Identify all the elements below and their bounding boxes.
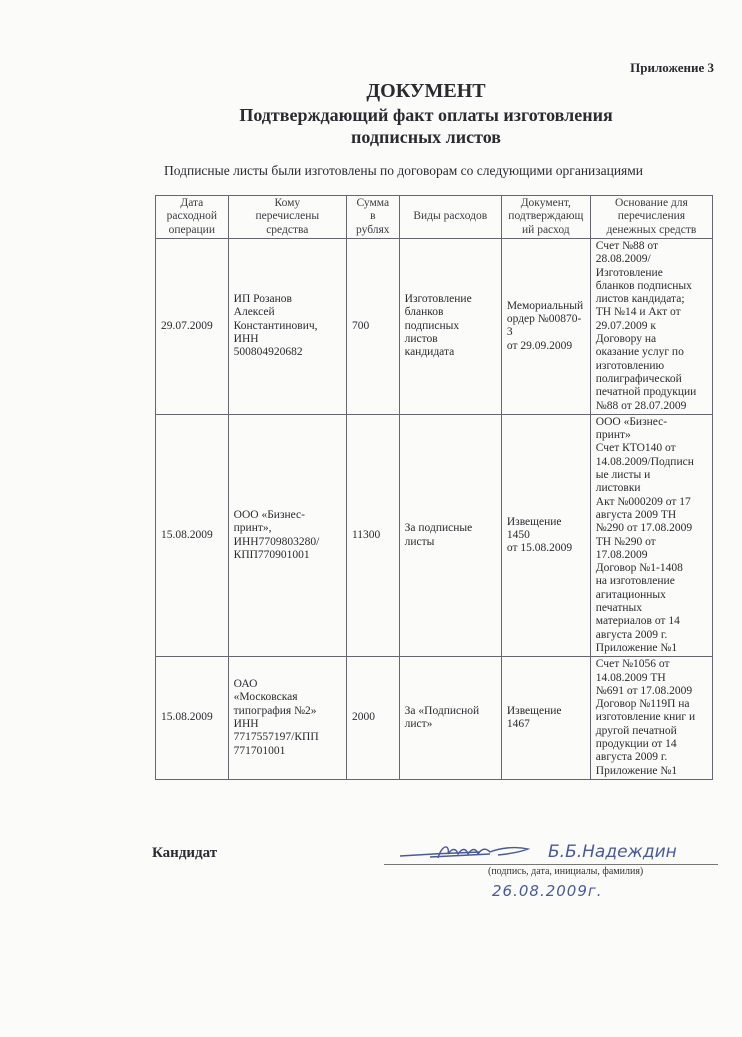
cell-basis: Счет №1056 от 14.08.2009 ТН №691 от 17.0… xyxy=(590,657,712,780)
cell-basis: ООО «Бизнес- принт» Счет КТО140 от 14.08… xyxy=(590,414,712,656)
cell-recipient: ОАО «Московская типография №2» ИНН 77175… xyxy=(228,657,346,780)
header-amount: Сумма в рублях xyxy=(346,196,399,239)
header-expense-type: Виды расходов xyxy=(399,196,501,239)
cell-expense-type: За «Подписной лист» xyxy=(399,657,501,780)
cell-recipient: ИП Розанов Алексей Константинович, ИНН 5… xyxy=(228,239,346,415)
subtitle-line-1: Подтверждающий факт оплаты изготовления xyxy=(110,104,742,126)
payments-table: Дата расходной операции Кому перечислены… xyxy=(155,195,713,780)
cell-amount: 11300 xyxy=(346,414,399,656)
cell-date: 15.08.2009 xyxy=(156,657,229,780)
document-subtitle: Подтверждающий факт оплаты изготовления … xyxy=(0,104,742,148)
candidate-label: Кандидат xyxy=(152,845,217,862)
intro-text: Подписные листы были изготовлены по дого… xyxy=(164,163,643,179)
cell-date: 29.07.2009 xyxy=(156,239,229,415)
table-row: 29.07.2009 ИП Розанов Алексей Константин… xyxy=(156,239,713,415)
signature-line xyxy=(384,864,718,865)
cell-document: Мемориальный ордер №00870-3 от 29.09.200… xyxy=(501,239,590,415)
table-header-row: Дата расходной операции Кому перечислены… xyxy=(156,196,713,239)
cell-recipient: ООО «Бизнес- принт», ИНН7709803280/ КПП7… xyxy=(228,414,346,656)
cell-expense-type: Изготовление бланков подписных листов ка… xyxy=(399,239,501,415)
header-document: Документ, подтверждающ ий расход xyxy=(501,196,590,239)
cell-date: 15.08.2009 xyxy=(156,414,229,656)
cell-amount: 700 xyxy=(346,239,399,415)
handwritten-date: 26.08.2009г. xyxy=(492,882,603,900)
signature-caption: (подпись, дата, инициалы, фамилия) xyxy=(488,866,643,877)
appendix-label: Приложение 3 xyxy=(630,60,714,76)
handwritten-name: Б.Б.Надеждин xyxy=(548,842,677,862)
cell-amount: 2000 xyxy=(346,657,399,780)
cell-document: Извещение 1467 xyxy=(501,657,590,780)
header-date: Дата расходной операции xyxy=(156,196,229,239)
table-row: 15.08.2009 ОАО «Московская типография №2… xyxy=(156,657,713,780)
cell-basis: Счет №88 от 28.08.2009/ Изготовление бла… xyxy=(590,239,712,415)
cell-expense-type: За подписные листы xyxy=(399,414,501,656)
cell-document: Извещение 1450 от 15.08.2009 xyxy=(501,414,590,656)
subtitle-line-2: подписных листов xyxy=(110,126,742,148)
table-row: 15.08.2009 ООО «Бизнес- принт», ИНН77098… xyxy=(156,414,713,656)
header-basis: Основание для перечисления денежных сред… xyxy=(590,196,712,239)
document-title: ДОКУМЕНТ xyxy=(0,80,742,102)
header-recipient: Кому перечислены средства xyxy=(228,196,346,239)
